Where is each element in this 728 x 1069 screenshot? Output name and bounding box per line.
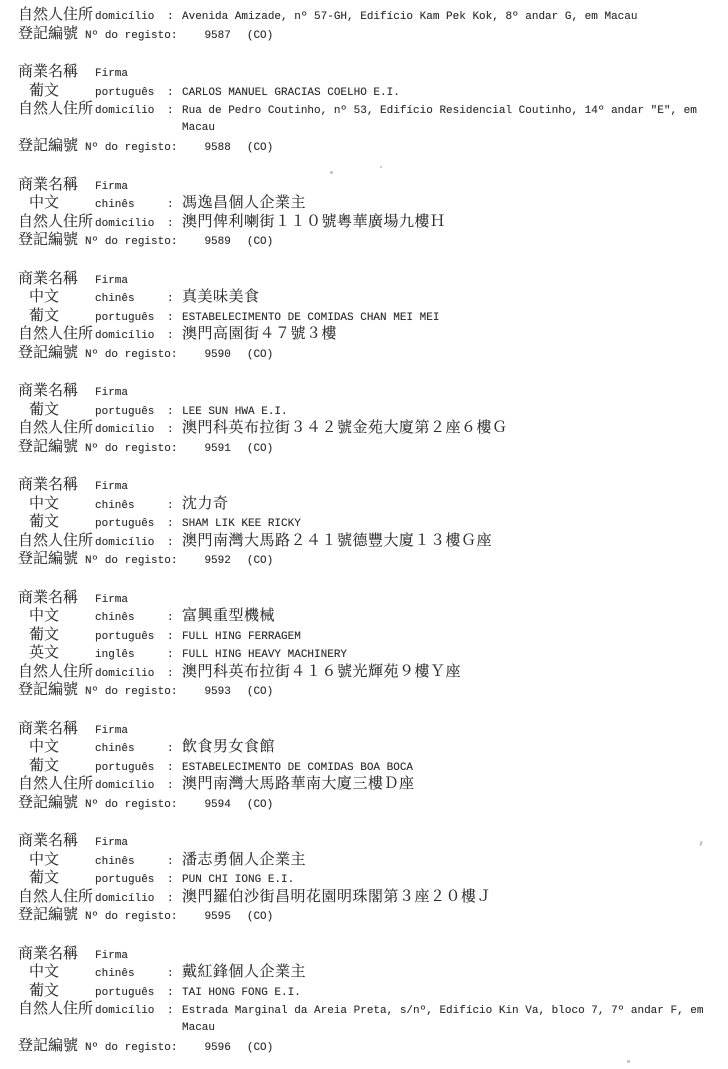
- registry-number-label-latin: Nº do registo:: [85, 796, 177, 815]
- field-colon: :: [167, 515, 182, 534]
- registry-entry-block: 商業名稱Firma中文chinês:飲食男女食館葡文português:ESTA…: [18, 720, 728, 813]
- registry-number-label-zh: 登記編號: [18, 550, 78, 569]
- business-name-label-zh: 商業名稱: [18, 382, 95, 401]
- registry-entry-block: 商業名稱Firma中文chinês:沈力奇葡文português:SHAM LI…: [18, 476, 728, 569]
- registry-entry-block: 商業名稱Firma中文chinês:馮逸昌個人企業主自然人住所domicílio…: [18, 176, 728, 250]
- field-value-continuation: Macau: [182, 1019, 215, 1038]
- entry-row-field: 葡文português:ESTABELECIMENTO DE COMIDAS B…: [18, 757, 728, 776]
- scan-speck: [627, 1060, 630, 1063]
- entry-row-field: 自然人住所domicílio:澳門科英布拉街３４２號金苑大廈第２座６樓Ｇ: [18, 419, 728, 438]
- field-colon: :: [167, 421, 182, 440]
- field-colon: :: [167, 1002, 182, 1021]
- business-name-label-zh: 商業名稱: [18, 589, 95, 608]
- business-name-label-latin: Firma: [95, 272, 167, 291]
- registry-number: 9595: [204, 908, 230, 927]
- entry-row-field: 自然人住所domicílio:Rua de Pedro Coutinho, nº…: [18, 100, 728, 119]
- entry-row-field: 中文chinês:潘志勇個人企業主: [18, 851, 728, 870]
- registry-type-code: (CO): [247, 346, 273, 365]
- field-label-latin: domicílio: [95, 421, 167, 440]
- registry-number-label-latin: Nº do registo:: [85, 908, 177, 927]
- entry-row-field: 自然人住所domicílio:澳門南灣大馬路２４１號德豐大廈１３樓Ｇ座: [18, 532, 728, 551]
- registry-number-label-zh: 登記編號: [18, 137, 78, 156]
- registry-number-label-latin: Nº do registo:: [85, 440, 177, 459]
- registry-number-label-zh: 登記編號: [18, 25, 78, 44]
- field-value: 戴紅鋒個人企業主: [182, 963, 306, 982]
- registry-number: 9594: [204, 796, 230, 815]
- registry-number-label-zh: 登記編號: [18, 344, 78, 363]
- entry-row-field: 中文chinês:真美味美食: [18, 288, 728, 307]
- business-name-label-zh: 商業名稱: [18, 270, 95, 289]
- registry-number-label-latin: Nº do registo:: [85, 233, 177, 252]
- business-name-label-latin: Firma: [95, 478, 167, 497]
- entry-row-registo: 登記編號Nº do registo:9589(CO): [18, 231, 728, 250]
- registry-entries: 自然人住所domicílio:Avenida Amizade, nº 57-GH…: [18, 6, 728, 1056]
- entry-row-field: 自然人住所domicílio:澳門南灣大馬路華南大廈三樓Ｄ座: [18, 775, 728, 794]
- field-value: Avenida Amizade, nº 57-GH, Edifício Kam …: [182, 8, 637, 27]
- registry-number-label-zh: 登記編號: [18, 794, 78, 813]
- entry-row-field: 中文chinês:戴紅鋒個人企業主: [18, 963, 728, 982]
- field-colon: :: [167, 890, 182, 909]
- field-value-continuation: Macau: [182, 119, 215, 138]
- field-label-latin: chinês: [95, 965, 167, 984]
- field-label-zh: 葡文: [18, 307, 95, 326]
- entry-row-field: 自然人住所domicílio:Avenida Amizade, nº 57-GH…: [18, 6, 728, 25]
- registry-number: 9592: [204, 552, 230, 571]
- field-colon: :: [167, 609, 182, 628]
- registry-type-code: (CO): [247, 440, 273, 459]
- entry-row-field: 中文chinês:馮逸昌個人企業主: [18, 194, 728, 213]
- field-colon: :: [167, 215, 182, 234]
- registry-number-label-latin: Nº do registo:: [85, 683, 177, 702]
- entry-row-registo: 登記編號Nº do registo:9590(CO): [18, 344, 728, 363]
- entry-row-registo: 登記編號Nº do registo:9591(CO): [18, 438, 728, 457]
- field-colon: :: [167, 403, 182, 422]
- entry-row-field: 自然人住所domicílio:Estrada Marginal da Areia…: [18, 1000, 728, 1019]
- field-label-latin: domicílio: [95, 534, 167, 553]
- field-colon: :: [167, 534, 182, 553]
- field-colon: :: [167, 497, 182, 516]
- registry-number-label-latin: Nº do registo:: [85, 139, 177, 158]
- field-value: 馮逸昌個人企業主: [182, 194, 306, 213]
- field-label-zh: 葡文: [18, 82, 95, 101]
- field-colon: :: [167, 327, 182, 346]
- field-label-latin: chinês: [95, 290, 167, 309]
- field-value: Rua de Pedro Coutinho, nº 53, Edifício R…: [182, 102, 697, 121]
- registry-entry-block: 商業名稱Firma中文chinês:戴紅鋒個人企業主葡文português:TA…: [18, 945, 728, 1056]
- field-label-latin: domicílio: [95, 777, 167, 796]
- entry-row-field: 英文inglês:FULL HING HEAVY MACHINERY: [18, 644, 728, 663]
- business-name-label-latin: Firma: [95, 384, 167, 403]
- business-name-label-latin: Firma: [95, 178, 167, 197]
- field-label-zh: 葡文: [18, 982, 95, 1001]
- field-label-zh: 中文: [18, 495, 95, 514]
- field-label-zh: 自然人住所: [18, 663, 95, 682]
- entry-row-title: 商業名稱Firma: [18, 476, 728, 495]
- field-value: CARLOS MANUEL GRACIAS COELHO E.I.: [182, 84, 400, 103]
- registry-entry-block: 商業名稱Firma中文chinês:富興重型機械葡文português:FULL…: [18, 589, 728, 700]
- scan-speck: [380, 166, 382, 168]
- registry-number-label-zh: 登記編號: [18, 906, 78, 925]
- field-label-zh: 中文: [18, 288, 95, 307]
- entry-row-field: 葡文português:ESTABELECIMENTO DE COMIDAS C…: [18, 307, 728, 326]
- field-label-latin: chinês: [95, 497, 167, 516]
- registry-number-label-zh: 登記編號: [18, 231, 78, 250]
- field-label-zh: 自然人住所: [18, 888, 95, 907]
- entry-row-title: 商業名稱Firma: [18, 382, 728, 401]
- field-colon: :: [167, 646, 182, 665]
- registry-type-code: (CO): [247, 683, 273, 702]
- entry-row-field: 葡文português:SHAM LIK KEE RICKY: [18, 513, 728, 532]
- field-colon: :: [167, 965, 182, 984]
- registry-entry-block: 商業名稱Firma中文chinês:潘志勇個人企業主葡文português:PU…: [18, 832, 728, 925]
- field-label-latin: chinês: [95, 740, 167, 759]
- registry-entry-block: 商業名稱Firma葡文português:CARLOS MANUEL GRACI…: [18, 63, 728, 156]
- field-label-zh: 葡文: [18, 401, 95, 420]
- entry-row-registo: 登記編號Nº do registo:9595(CO): [18, 906, 728, 925]
- entry-row-title: 商業名稱Firma: [18, 832, 728, 851]
- registry-number: 9587: [204, 27, 230, 46]
- entry-row-field: 中文chinês:富興重型機械: [18, 607, 728, 626]
- field-label-latin: chinês: [95, 609, 167, 628]
- field-label-latin: domicílio: [95, 102, 167, 121]
- business-name-label-zh: 商業名稱: [18, 720, 95, 739]
- business-name-label-zh: 商業名稱: [18, 176, 95, 195]
- registry-type-code: (CO): [247, 796, 273, 815]
- entry-row-field: 葡文português:CARLOS MANUEL GRACIAS COELHO…: [18, 82, 728, 101]
- field-label-latin: chinês: [95, 196, 167, 215]
- field-label-zh: 中文: [18, 738, 95, 757]
- business-name-label-latin: Firma: [95, 722, 167, 741]
- field-colon: :: [167, 871, 182, 890]
- field-label-zh: 自然人住所: [18, 213, 95, 232]
- field-label-latin: português: [95, 515, 167, 534]
- business-name-label-latin: Firma: [95, 591, 167, 610]
- field-label-zh: 葡文: [18, 513, 95, 532]
- entry-row-registo: 登記編號Nº do registo:9588(CO): [18, 137, 728, 156]
- field-value: 澳門俾利喇街１１０號粵華廣場九樓Ｈ: [182, 213, 446, 232]
- registry-number-label-latin: Nº do registo:: [85, 346, 177, 365]
- entry-row-registo: 登記編號Nº do registo:9587(CO): [18, 25, 728, 44]
- field-label-latin: domicílio: [95, 215, 167, 234]
- field-value: 沈力奇: [182, 495, 229, 514]
- field-label-latin: português: [95, 84, 167, 103]
- field-colon: :: [167, 984, 182, 1003]
- field-label-zh: 葡文: [18, 757, 95, 776]
- field-value: 澳門羅伯沙街昌明花園明珠閣第３座２０樓Ｊ: [182, 888, 492, 907]
- entry-row-registo: 登記編號Nº do registo:9594(CO): [18, 794, 728, 813]
- field-label-latin: português: [95, 403, 167, 422]
- registry-number: 9589: [204, 233, 230, 252]
- field-label-latin: domicílio: [95, 1002, 167, 1021]
- registry-entry-block: 商業名稱Firma中文chinês:真美味美食葡文português:ESTAB…: [18, 270, 728, 363]
- business-name-label-zh: 商業名稱: [18, 832, 95, 851]
- entry-row-field: 葡文português:PUN CHI IONG E.I.: [18, 869, 728, 888]
- field-colon: :: [167, 665, 182, 684]
- registry-entry-block: 商業名稱Firma葡文português:LEE SUN HWA E.I.自然人…: [18, 382, 728, 456]
- field-label-latin: domicílio: [95, 665, 167, 684]
- business-name-label-latin: Firma: [95, 947, 167, 966]
- registry-entry-block: 自然人住所domicílio:Avenida Amizade, nº 57-GH…: [18, 6, 728, 43]
- field-value: Estrada Marginal da Areia Preta, s/nº, E…: [182, 1002, 704, 1021]
- field-label-latin: português: [95, 871, 167, 890]
- field-label-latin: domicílio: [95, 890, 167, 909]
- entry-row-field: 葡文português:LEE SUN HWA E.I.: [18, 401, 728, 420]
- field-label-latin: domicílio: [95, 327, 167, 346]
- entry-row-title: 商業名稱Firma: [18, 589, 728, 608]
- field-label-latin: português: [95, 309, 167, 328]
- field-value: 澳門科英布拉街３４２號金苑大廈第２座６樓Ｇ: [182, 419, 508, 438]
- field-label-zh: 自然人住所: [18, 419, 95, 438]
- field-colon: :: [167, 309, 182, 328]
- registry-number: 9588: [204, 139, 230, 158]
- registry-type-code: (CO): [247, 27, 273, 46]
- registry-number-label-zh: 登記編號: [18, 1037, 78, 1056]
- field-colon: :: [167, 290, 182, 309]
- field-value: 澳門科英布拉街４１６號光輝苑９樓Ｙ座: [182, 663, 461, 682]
- field-label-zh: 自然人住所: [18, 775, 95, 794]
- business-name-label-latin: Firma: [95, 65, 167, 84]
- field-colon: :: [167, 853, 182, 872]
- field-value: 飲食男女食館: [182, 738, 275, 757]
- field-value: 潘志勇個人企業主: [182, 851, 306, 870]
- scan-speck: [330, 171, 333, 174]
- field-label-zh: 自然人住所: [18, 1000, 95, 1019]
- field-colon: :: [167, 8, 182, 27]
- document-page: 自然人住所domicílio:Avenida Amizade, nº 57-GH…: [0, 0, 728, 1069]
- business-name-label-latin: Firma: [95, 834, 167, 853]
- field-label-latin: português: [95, 628, 167, 647]
- field-label-zh: 自然人住所: [18, 325, 95, 344]
- registry-number-label-zh: 登記編號: [18, 438, 78, 457]
- field-label-latin: chinês: [95, 853, 167, 872]
- entry-row-cont: Macau: [18, 119, 728, 138]
- field-label-latin: português: [95, 984, 167, 1003]
- entry-row-cont: Macau: [18, 1019, 728, 1038]
- registry-type-code: (CO): [247, 908, 273, 927]
- registry-number: 9590: [204, 346, 230, 365]
- entry-row-title: 商業名稱Firma: [18, 945, 728, 964]
- field-label-zh: 自然人住所: [18, 6, 95, 25]
- field-value: FULL HING FERRAGEM: [182, 628, 301, 647]
- field-label-latin: inglês: [95, 646, 167, 665]
- registry-number-label-latin: Nº do registo:: [85, 27, 177, 46]
- registry-number: 9591: [204, 440, 230, 459]
- field-colon: :: [167, 628, 182, 647]
- field-label-zh: 自然人住所: [18, 100, 95, 119]
- entry-row-registo: 登記編號Nº do registo:9593(CO): [18, 681, 728, 700]
- field-label-zh: 自然人住所: [18, 532, 95, 551]
- entry-row-field: 自然人住所domicílio:澳門科英布拉街４１６號光輝苑９樓Ｙ座: [18, 663, 728, 682]
- entry-row-title: 商業名稱Firma: [18, 270, 728, 289]
- field-value: 富興重型機械: [182, 607, 275, 626]
- field-label-latin: domicílio: [95, 8, 167, 27]
- field-value: 真美味美食: [182, 288, 260, 307]
- registry-type-code: (CO): [247, 1039, 273, 1058]
- field-value: 澳門南灣大馬路華南大廈三樓Ｄ座: [182, 775, 415, 794]
- field-colon: :: [167, 777, 182, 796]
- entry-row-field: 自然人住所domicílio:澳門羅伯沙街昌明花園明珠閣第３座２０樓Ｊ: [18, 888, 728, 907]
- field-colon: :: [167, 102, 182, 121]
- business-name-label-zh: 商業名稱: [18, 63, 95, 82]
- field-colon: :: [167, 196, 182, 215]
- field-label-zh: 中文: [18, 194, 95, 213]
- registry-type-code: (CO): [247, 552, 273, 571]
- registry-number-label-latin: Nº do registo:: [85, 1039, 177, 1058]
- field-label-latin: português: [95, 759, 167, 778]
- registry-type-code: (CO): [247, 233, 273, 252]
- entry-row-title: 商業名稱Firma: [18, 720, 728, 739]
- entry-row-field: 葡文português:TAI HONG FONG E.I.: [18, 982, 728, 1001]
- entry-row-field: 中文chinês:飲食男女食館: [18, 738, 728, 757]
- registry-number-label-zh: 登記編號: [18, 681, 78, 700]
- field-label-zh: 葡文: [18, 626, 95, 645]
- field-colon: :: [167, 740, 182, 759]
- entry-row-field: 自然人住所domicílio:澳門俾利喇街１１０號粵華廣場九樓Ｈ: [18, 213, 728, 232]
- field-label-zh: 中文: [18, 963, 95, 982]
- entry-row-registo: 登記編號Nº do registo:9592(CO): [18, 550, 728, 569]
- registry-number: 9596: [204, 1039, 230, 1058]
- entry-row-field: 中文chinês:沈力奇: [18, 495, 728, 514]
- registry-number-label-latin: Nº do registo:: [85, 552, 177, 571]
- field-value: 澳門高園街４７號３樓: [182, 325, 337, 344]
- field-value: 澳門南灣大馬路２４１號德豐大廈１３樓Ｇ座: [182, 532, 492, 551]
- field-colon: :: [167, 759, 182, 778]
- entry-row-title: 商業名稱Firma: [18, 176, 728, 195]
- registry-number: 9593: [204, 683, 230, 702]
- entry-row-registo: 登記編號Nº do registo:9596(CO): [18, 1037, 728, 1056]
- field-label-zh: 英文: [18, 644, 95, 663]
- field-label-zh: 中文: [18, 851, 95, 870]
- business-name-label-zh: 商業名稱: [18, 945, 95, 964]
- field-label-zh: 葡文: [18, 869, 95, 888]
- field-colon: :: [167, 84, 182, 103]
- entry-row-field: 自然人住所domicílio:澳門高園街４７號３樓: [18, 325, 728, 344]
- business-name-label-zh: 商業名稱: [18, 476, 95, 495]
- entry-row-title: 商業名稱Firma: [18, 63, 728, 82]
- field-label-zh: 中文: [18, 607, 95, 626]
- registry-type-code: (CO): [247, 139, 273, 158]
- entry-row-field: 葡文português:FULL HING FERRAGEM: [18, 626, 728, 645]
- field-value: TAI HONG FONG E.I.: [182, 984, 301, 1003]
